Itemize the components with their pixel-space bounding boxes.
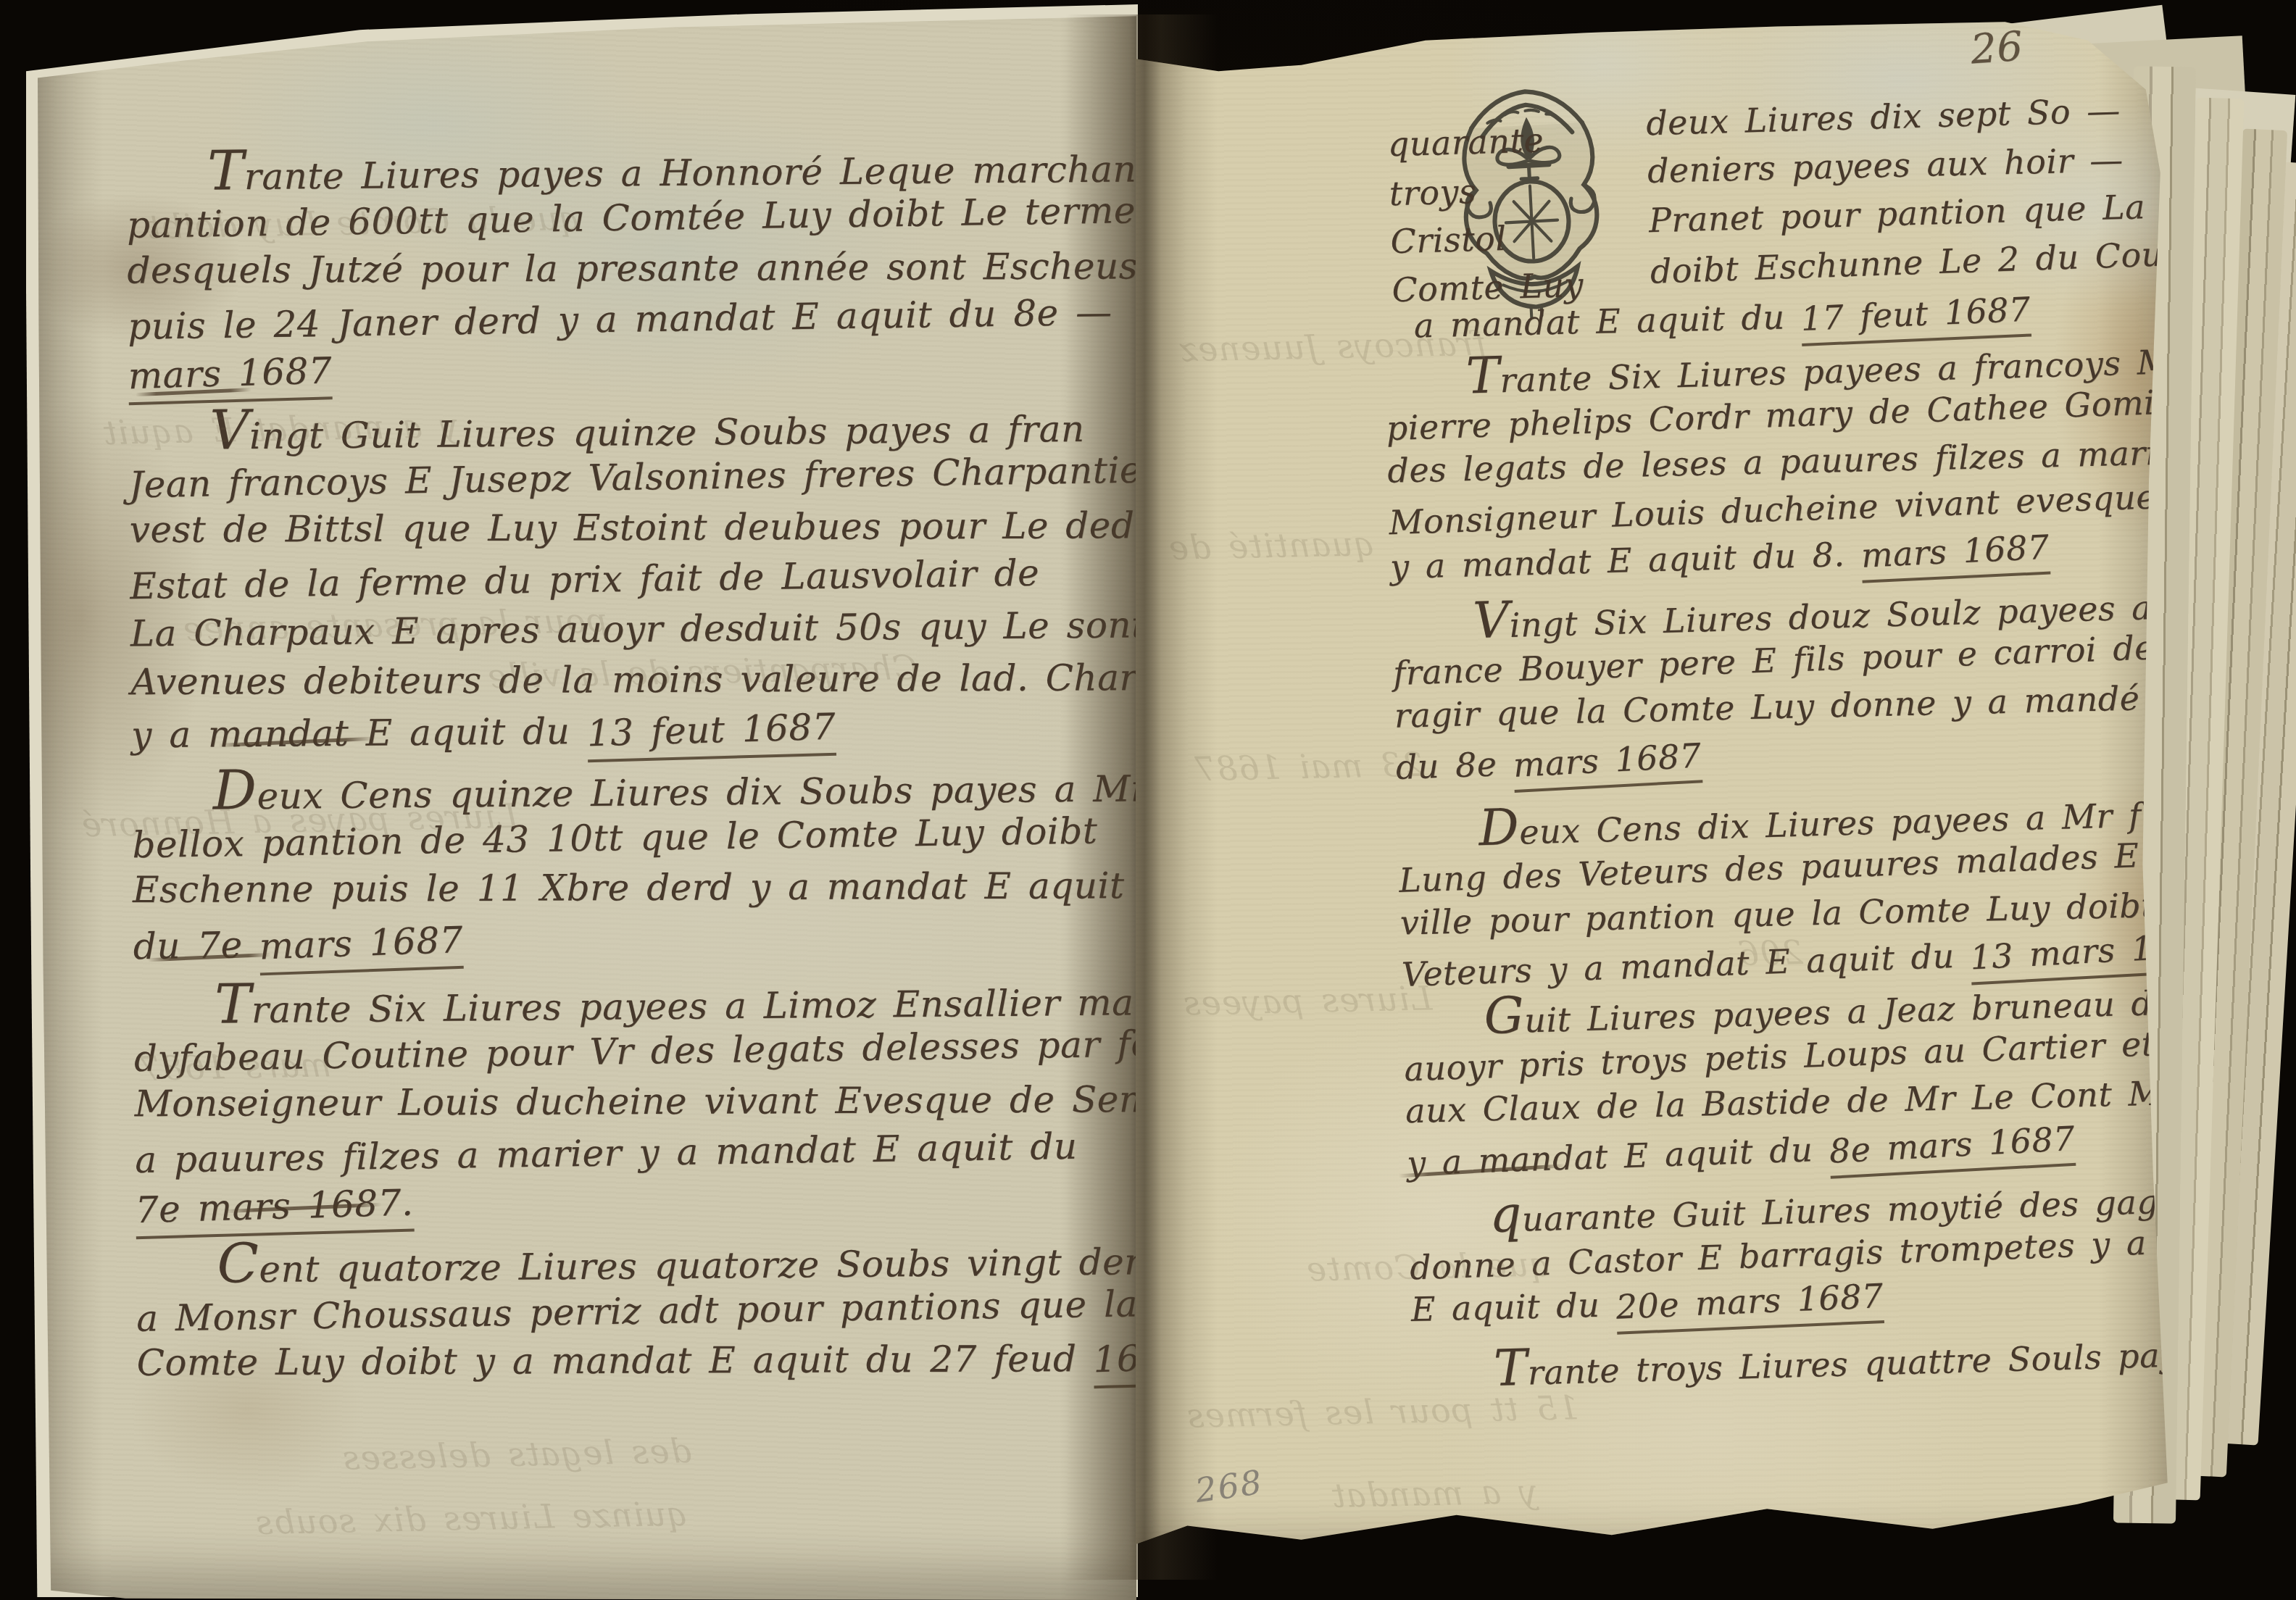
bleedthrough-ghost-line: y a mandat — [1331, 1472, 1538, 1515]
bleedthrough-ghost-line: pour la presante annee — [182, 601, 608, 649]
bleedthrough-ghost-line: 206 — [1736, 933, 1803, 973]
right-page-bleedthrough: francoys Juuenezquantité de23 mai 1687Li… — [1136, 19, 2171, 1557]
right-page: 26 — [1136, 19, 2171, 1557]
bleedthrough-ghost-line: des legats delesses — [341, 1431, 691, 1478]
left-page: Trante Liures payes a Honnoré Leque marc… — [38, 14, 1136, 1600]
bleedthrough-ghost-line: quantité de — [1168, 524, 1375, 567]
bleedthrough-ghost-line: y a mandat E aquit — [102, 406, 459, 452]
bleedthrough-ghost-line: mars 1687 — [138, 1045, 331, 1088]
bleedthrough-ghost-line: que la Comte Luy doibt — [146, 199, 581, 247]
bleedthrough-ghost-line: francoys Juuenez — [1178, 324, 1486, 370]
manuscript-scan: Trante Liures payes a Honnoré Leque marc… — [0, 0, 2296, 1600]
bleedthrough-ghost-line: 15 tt pour les fermes — [1186, 1388, 1579, 1435]
bleedthrough-ghost-line: quinze Liures dix soubs — [255, 1494, 689, 1543]
bleedthrough-ghost-line: Liures payees — [1182, 978, 1432, 1022]
bleedthrough-ghost-line: Liures payes a Honnoré — [81, 796, 519, 845]
left-page-bleedthrough: que la Comte Luy doibty a mandat E aquit… — [38, 14, 1136, 1600]
bleedthrough-ghost-line: Charpantiers de la ville — [486, 648, 918, 696]
bleedthrough-ghost-line: que la Comte — [1305, 1244, 1551, 1288]
bleedthrough-ghost-line: 23 mai 1687 — [1193, 745, 1424, 789]
